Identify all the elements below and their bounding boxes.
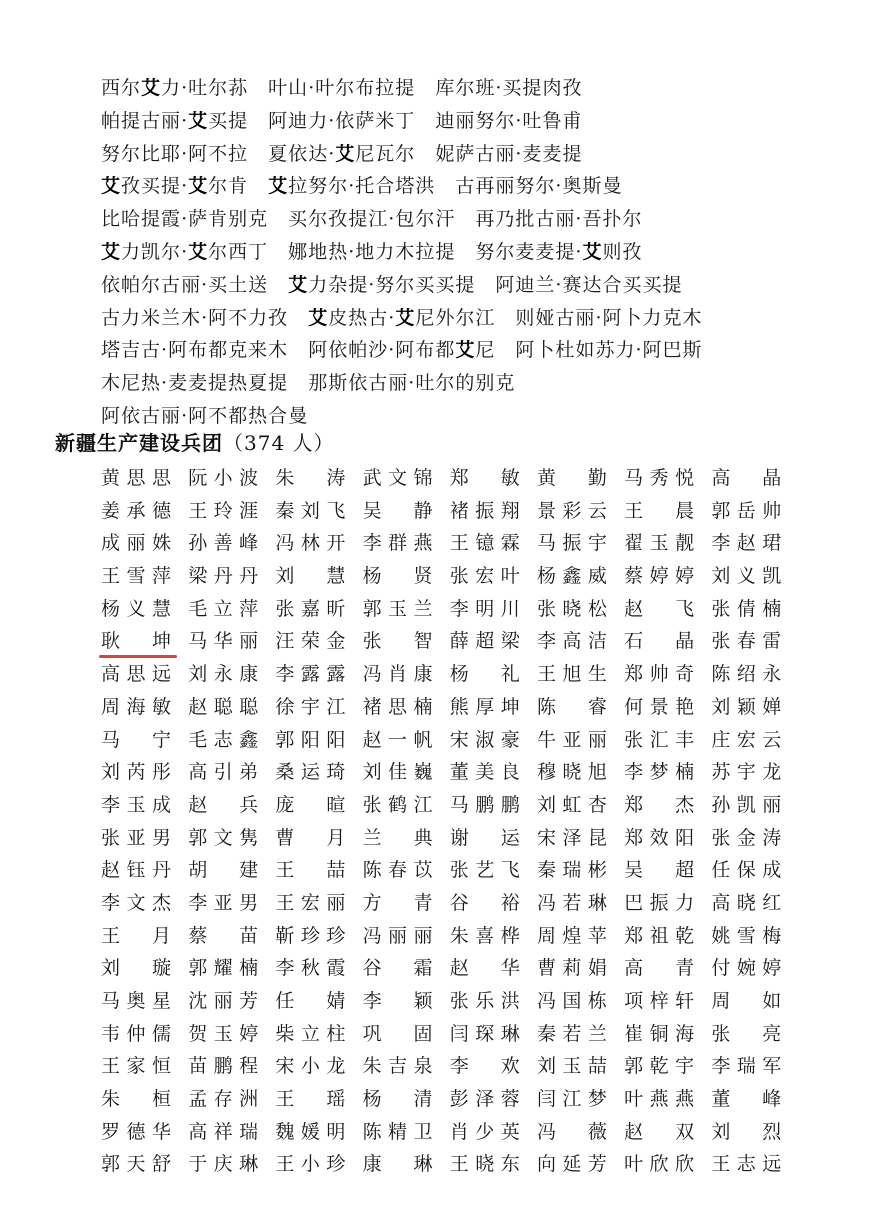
person-name: 郑敏 xyxy=(450,462,520,495)
person-name: 梁丹丹 xyxy=(188,560,258,593)
person-name: 宋泽昆 xyxy=(537,822,607,855)
person-name: 郭玉兰 xyxy=(363,593,433,626)
person-name: 依帕尔古丽·买土送 xyxy=(101,269,268,302)
person-name: 夏依达·艾尼瓦尔 xyxy=(268,138,415,171)
person-name: 陈睿 xyxy=(537,691,607,724)
section-title: 新疆生产建设兵团 xyxy=(55,431,223,455)
person-name: 蔡婷婷 xyxy=(624,560,694,593)
person-name: 郑帅奇 xyxy=(624,658,694,691)
person-name: 魏媛明 xyxy=(275,1116,345,1149)
person-name: 刘烈 xyxy=(711,1116,781,1149)
person-name: 张亚男 xyxy=(101,822,171,855)
person-name: 黄勤 xyxy=(537,462,607,495)
name-line: 帕提古丽·艾买提阿迪力·依萨米丁迪丽努尔·吐鲁甫 xyxy=(101,105,723,138)
person-name: 冯肖康 xyxy=(363,658,433,691)
person-name: 刘慧 xyxy=(275,560,345,593)
person-name: 赵华 xyxy=(450,952,520,985)
person-name: 杨清 xyxy=(363,1083,433,1116)
person-name: 王志远 xyxy=(711,1148,781,1181)
person-name: 闫江梦 xyxy=(537,1083,607,1116)
person-name: 周如 xyxy=(711,985,781,1018)
person-name: 康琳 xyxy=(363,1148,433,1181)
person-name: 闫琛琳 xyxy=(450,1018,520,1051)
name-line: 塔吉古·阿布都克来木阿依帕沙·阿布都艾尼阿卜杜如苏力·阿巴斯 xyxy=(101,334,723,367)
person-name: 冯丽丽 xyxy=(363,920,433,953)
person-name: 马鹏鹏 xyxy=(450,789,520,822)
section-count: （374 人） xyxy=(223,431,335,455)
person-name: 贺玉婷 xyxy=(188,1018,258,1051)
person-name: 木尼热·麦麦提热夏提 xyxy=(101,367,288,400)
person-name: 刘义凯 xyxy=(711,560,781,593)
person-name: 孙凯丽 xyxy=(711,789,781,822)
person-name: 靳珍珍 xyxy=(275,920,345,953)
person-name: 李瑞军 xyxy=(711,1050,781,1083)
person-name: 库尔班·买提肉孜 xyxy=(435,72,582,105)
person-name: 王旭生 xyxy=(537,658,607,691)
person-name: 张亮 xyxy=(711,1018,781,1051)
person-name: 秦若兰 xyxy=(537,1018,607,1051)
person-name: 高思远 xyxy=(101,658,171,691)
person-name: 高青 xyxy=(624,952,694,985)
person-name: 周海敏 xyxy=(101,691,171,724)
person-name: 李亚男 xyxy=(188,887,258,920)
person-name: 穆晓旭 xyxy=(537,756,607,789)
person-name: 庄宏云 xyxy=(711,724,781,757)
person-name: 桑运琦 xyxy=(275,756,345,789)
person-name: 何景艳 xyxy=(624,691,694,724)
person-name: 叶欣欣 xyxy=(624,1148,694,1181)
person-name: 巩固 xyxy=(363,1018,433,1051)
person-name: 谷裕 xyxy=(450,887,520,920)
person-name: 巴振力 xyxy=(624,887,694,920)
person-name: 冯林开 xyxy=(275,527,345,560)
person-name: 熊厚坤 xyxy=(450,691,520,724)
person-name: 苗鹏程 xyxy=(188,1050,258,1083)
person-name: 张宏叶 xyxy=(450,560,520,593)
person-name: 王晓东 xyxy=(450,1148,520,1181)
person-name: 艾拉努尔·托合塔洪 xyxy=(268,170,435,203)
person-name: 陈绍永 xyxy=(711,658,781,691)
person-name: 王瑶 xyxy=(275,1083,345,1116)
person-name: 努尔麦麦提·艾则孜 xyxy=(475,236,642,269)
person-name: 高引弟 xyxy=(188,756,258,789)
person-name: 比哈提霞·萨肯别克 xyxy=(101,203,268,236)
person-name: 薛超梁 xyxy=(450,625,520,658)
person-name: 李群燕 xyxy=(363,527,433,560)
person-name: 牛亚丽 xyxy=(537,724,607,757)
person-name: 刘璇 xyxy=(101,952,171,985)
person-name: 郭耀楠 xyxy=(188,952,258,985)
person-name: 帕提古丽·艾买提 xyxy=(101,105,248,138)
person-name: 彭泽蓉 xyxy=(450,1083,520,1116)
person-name: 毛立萍 xyxy=(188,593,258,626)
person-name: 毛志鑫 xyxy=(188,724,258,757)
person-name: 黄思思 xyxy=(101,462,171,495)
person-name: 李秋霞 xyxy=(275,952,345,985)
person-name: 王喆 xyxy=(275,854,345,887)
person-name: 李颖 xyxy=(363,985,433,1018)
person-name: 孙善峰 xyxy=(188,527,258,560)
person-name: 崔铜海 xyxy=(624,1018,694,1051)
person-name: 董美良 xyxy=(450,756,520,789)
person-name: 宋小龙 xyxy=(275,1050,345,1083)
name-line: 西尔艾力·吐尔荪叶山·叶尔布拉提库尔班·买提肉孜 xyxy=(101,72,723,105)
person-name: 杨礼 xyxy=(450,658,520,691)
person-name: 郭乾宇 xyxy=(624,1050,694,1083)
person-name: 张晓松 xyxy=(537,593,607,626)
person-name: 李梦楠 xyxy=(624,756,694,789)
person-name: 王家恒 xyxy=(101,1050,171,1083)
person-name: 再乃批古丽·吾扑尔 xyxy=(475,203,642,236)
person-name: 谷霜 xyxy=(363,952,433,985)
person-name: 张艺飞 xyxy=(450,854,520,887)
person-name: 谢运 xyxy=(450,822,520,855)
person-name: 苏宇龙 xyxy=(711,756,781,789)
person-name: 王宏丽 xyxy=(275,887,345,920)
person-name: 姚雪梅 xyxy=(711,920,781,953)
person-name: 赵钰丹 xyxy=(101,854,171,887)
person-name: 叶山·叶尔布拉提 xyxy=(268,72,415,105)
person-name: 秦刘飞 xyxy=(275,495,345,528)
person-name: 李玉成 xyxy=(101,789,171,822)
person-name: 韦仲儒 xyxy=(101,1018,171,1051)
person-name: 褚思楠 xyxy=(363,691,433,724)
person-name: 塔吉古·阿布都克来木 xyxy=(101,334,288,367)
person-name: 刘芮彤 xyxy=(101,756,171,789)
person-name: 高晓红 xyxy=(711,887,781,920)
person-name: 姜承德 xyxy=(101,495,171,528)
person-name: 阿迪兰·赛达合买买提 xyxy=(495,269,682,302)
person-name: 任保成 xyxy=(711,854,781,887)
person-name: 朱涛 xyxy=(275,462,345,495)
person-name: 杨鑫威 xyxy=(537,560,607,593)
person-name: 阿迪力·依萨米丁 xyxy=(268,105,415,138)
person-name: 刘永康 xyxy=(188,658,258,691)
person-name: 马奥星 xyxy=(101,985,171,1018)
person-name: 朱桓 xyxy=(101,1083,171,1116)
person-name: 赵兵 xyxy=(188,789,258,822)
person-name: 马振宇 xyxy=(537,527,607,560)
person-name: 曹月 xyxy=(275,822,345,855)
person-name: 妮萨古丽·麦麦提 xyxy=(435,138,582,171)
person-name: 迪丽努尔·吐鲁甫 xyxy=(435,105,582,138)
section-heading: 新疆生产建设兵团（374 人） xyxy=(55,428,335,458)
person-name: 徐宇江 xyxy=(275,691,345,724)
person-name: 郑祖乾 xyxy=(624,920,694,953)
person-name: 赵聪聪 xyxy=(188,691,258,724)
name-line: 依帕尔古丽·买土送艾力杂提·努尔买买提阿迪兰·赛达合买买提 xyxy=(101,269,723,302)
person-name: 李赵珺 xyxy=(711,527,781,560)
person-name: 张鹤江 xyxy=(363,789,433,822)
person-name: 秦瑞彬 xyxy=(537,854,607,887)
person-name: 陈春苡 xyxy=(363,854,433,887)
person-name: 李明川 xyxy=(450,593,520,626)
person-name: 宋淑豪 xyxy=(450,724,520,757)
person-name: 王玲涯 xyxy=(188,495,258,528)
person-name: 罗德华 xyxy=(101,1116,171,1149)
person-name: 马秀悦 xyxy=(624,462,694,495)
person-name: 刘玉喆 xyxy=(537,1050,607,1083)
document-page: 西尔艾力·吐尔荪叶山·叶尔布拉提库尔班·买提肉孜帕提古丽·艾买提阿迪力·依萨米丁… xyxy=(0,0,871,1222)
person-name: 项梓轩 xyxy=(624,985,694,1018)
person-name: 买尔孜提江·包尔汗 xyxy=(288,203,455,236)
person-name: 吴超 xyxy=(624,854,694,887)
person-name: 艾皮热古·艾尼外尔江 xyxy=(308,302,495,335)
person-name: 郑杰 xyxy=(624,789,694,822)
person-name: 成丽姝 xyxy=(101,527,171,560)
name-line: 木尼热·麦麦提热夏提那斯依古丽·吐尔的别克 xyxy=(101,367,723,400)
person-name: 张智 xyxy=(363,625,433,658)
person-name: 董峰 xyxy=(711,1083,781,1116)
person-name: 王雪萍 xyxy=(101,560,171,593)
person-name: 褚振翔 xyxy=(450,495,520,528)
person-name: 于庆琳 xyxy=(188,1148,258,1181)
person-name: 马华丽 xyxy=(188,625,258,658)
person-name: 张春雷 xyxy=(711,625,781,658)
person-name: 向延芳 xyxy=(537,1148,607,1181)
name-line: 艾孜买提·艾尔肯艾拉努尔·托合塔洪古再丽努尔·奥斯曼 xyxy=(101,170,723,203)
person-name: 曹莉娟 xyxy=(537,952,607,985)
person-name: 马宁 xyxy=(101,724,171,757)
person-name: 庞暄 xyxy=(275,789,345,822)
person-name: 任婧 xyxy=(275,985,345,1018)
person-name: 郭天舒 xyxy=(101,1148,171,1181)
person-name: 阮小波 xyxy=(188,462,258,495)
person-name: 武文锦 xyxy=(363,462,433,495)
person-name: 兰典 xyxy=(363,822,433,855)
person-name: 高晶 xyxy=(711,462,781,495)
person-name: 汪荣金 xyxy=(275,625,345,658)
person-name: 李欢 xyxy=(450,1050,520,1083)
name-line: 努尔比耶·阿不拉夏依达·艾尼瓦尔妮萨古丽·麦麦提 xyxy=(101,138,723,171)
person-name: 朱喜桦 xyxy=(450,920,520,953)
person-name: 郭阳阳 xyxy=(275,724,345,757)
person-name: 翟玉靓 xyxy=(624,527,694,560)
person-name: 王镱霖 xyxy=(450,527,520,560)
person-name: 郭岳帅 xyxy=(711,495,781,528)
person-name: 付婉婷 xyxy=(711,952,781,985)
person-name: 艾力凯尔·艾尔西丁 xyxy=(101,236,268,269)
person-name: 张乐洪 xyxy=(450,985,520,1018)
person-name: 西尔艾力·吐尔荪 xyxy=(101,72,248,105)
person-name: 赵一帆 xyxy=(363,724,433,757)
person-name: 冯薇 xyxy=(537,1116,607,1149)
person-name: 刘颖婵 xyxy=(711,691,781,724)
person-name: 李露露 xyxy=(275,658,345,691)
name-list-grid: 黄思思阮小波朱涛武文锦郑敏黄勤马秀悦高晶姜承德王玲涯秦刘飞吴静褚振翔景彩云王晨郭… xyxy=(101,462,799,1181)
person-name: 艾力杂提·努尔买买提 xyxy=(288,269,475,302)
name-line: 比哈提霞·萨肯别克买尔孜提江·包尔汗再乃批古丽·吾扑尔 xyxy=(101,203,723,236)
person-name: 张嘉昕 xyxy=(275,593,345,626)
person-name: 张倩楠 xyxy=(711,593,781,626)
person-name: 景彩云 xyxy=(537,495,607,528)
person-name: 张金涛 xyxy=(711,822,781,855)
person-name: 赵飞 xyxy=(624,593,694,626)
person-name: 冯若琳 xyxy=(537,887,607,920)
person-name: 朱吉泉 xyxy=(363,1050,433,1083)
person-name: 阿卜杜如苏力·阿巴斯 xyxy=(515,334,702,367)
person-name: 沈丽芳 xyxy=(188,985,258,1018)
person-name: 高祥瑞 xyxy=(188,1116,258,1149)
person-name: 郑效阳 xyxy=(624,822,694,855)
person-name: 冯国栋 xyxy=(537,985,607,1018)
person-name: 肖少英 xyxy=(450,1116,520,1149)
person-name: 则娅古丽·阿卜力克木 xyxy=(515,302,702,335)
person-name: 孟存洲 xyxy=(188,1083,258,1116)
person-name: 郭文隽 xyxy=(188,822,258,855)
person-name: 叶燕燕 xyxy=(624,1083,694,1116)
person-name: 刘佳巍 xyxy=(363,756,433,789)
person-name: 王晨 xyxy=(624,495,694,528)
person-name: 周煌苹 xyxy=(537,920,607,953)
uyghur-names-block: 西尔艾力·吐尔荪叶山·叶尔布拉提库尔班·买提肉孜帕提古丽·艾买提阿迪力·依萨米丁… xyxy=(101,72,723,433)
highlighted-name: 耿坤 xyxy=(101,625,171,658)
person-name: 赵双 xyxy=(624,1116,694,1149)
person-name: 那斯依古丽·吐尔的别克 xyxy=(308,367,515,400)
person-name: 李文杰 xyxy=(101,887,171,920)
person-name: 张汇丰 xyxy=(624,724,694,757)
person-name: 方青 xyxy=(363,887,433,920)
person-name: 刘虹杏 xyxy=(537,789,607,822)
person-name: 柴立柱 xyxy=(275,1018,345,1051)
person-name: 艾孜买提·艾尔肯 xyxy=(101,170,248,203)
person-name: 杨贤 xyxy=(363,560,433,593)
person-name: 石晶 xyxy=(624,625,694,658)
person-name: 阿依帕沙·阿布都艾尼 xyxy=(308,334,495,367)
person-name: 吴静 xyxy=(363,495,433,528)
person-name: 古再丽努尔·奥斯曼 xyxy=(455,170,622,203)
person-name: 陈精卫 xyxy=(363,1116,433,1149)
person-name: 杨义慧 xyxy=(101,593,171,626)
person-name: 王小珍 xyxy=(275,1148,345,1181)
name-line: 艾力凯尔·艾尔西丁娜地热·地力木拉提努尔麦麦提·艾则孜 xyxy=(101,236,723,269)
person-name: 古力米兰木·阿不力孜 xyxy=(101,302,288,335)
person-name: 努尔比耶·阿不拉 xyxy=(101,138,248,171)
person-name: 王月 xyxy=(101,920,171,953)
person-name: 胡建 xyxy=(188,854,258,887)
person-name: 娜地热·地力木拉提 xyxy=(288,236,455,269)
person-name: 李高洁 xyxy=(537,625,607,658)
person-name: 蔡苗 xyxy=(188,920,258,953)
name-line: 古力米兰木·阿不力孜艾皮热古·艾尼外尔江则娅古丽·阿卜力克木 xyxy=(101,302,723,335)
